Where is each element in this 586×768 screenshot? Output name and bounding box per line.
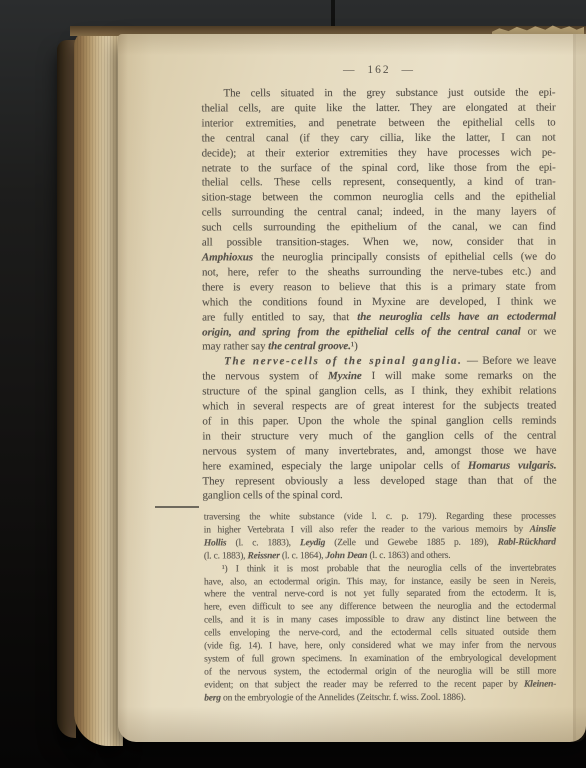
text-line: thelial cells, are quite like the latter… xyxy=(201,100,555,116)
text-line: (l. c. 1883), Reissner (l. c. 1864), Joh… xyxy=(204,549,556,563)
text-line: the central canal (if they cary cillia, … xyxy=(202,130,556,146)
text-line: structure of the spinal ganglion cells, … xyxy=(202,384,556,400)
footnote-divider xyxy=(155,506,199,508)
text-line: which in several respects are of great i… xyxy=(202,399,556,415)
background-shadow-line xyxy=(331,0,335,28)
text-line: in higher Vertebrata I vill also refer t… xyxy=(204,523,556,537)
text-line: nervous system of many invertebrates, an… xyxy=(202,443,556,459)
text-line: traversing the white substance (vide l. … xyxy=(204,511,556,525)
text-line: here examined, especialy the large unipo… xyxy=(202,458,556,474)
text-line: evident; on that subject the reader may … xyxy=(204,678,556,692)
text-line: cells surrounding the central canal; ind… xyxy=(202,205,556,221)
text-line: are fully entitled to say, that the neur… xyxy=(202,309,556,325)
page-right-shade xyxy=(576,34,586,742)
text-line: in their structure very much of the gang… xyxy=(202,428,556,444)
text-line: They represent obviously a less develope… xyxy=(202,473,556,489)
page-number: — 162 — xyxy=(202,64,556,76)
text-line: Amphioxus the neuroglia principally cons… xyxy=(202,250,556,266)
text-line: of in this paper. Upon the whole the spi… xyxy=(202,413,556,429)
text-line: sition-stage between the common neurogli… xyxy=(202,190,556,206)
text-line: have, also, an ectodermal origin. This m… xyxy=(204,575,556,589)
text-line: The nerve-cells of the spinal ganglia. —… xyxy=(202,354,556,370)
text-line: thelial cells. These cells represent, co… xyxy=(202,175,556,191)
photo-background: { "theme":{ "background_color":"#141413"… xyxy=(0,0,586,768)
text-line: of the nervous system, the ectodermal or… xyxy=(204,665,556,679)
text-line: ¹) I think it is most probable that the … xyxy=(204,562,556,576)
text-line: netrate to the surface of the spinal cor… xyxy=(202,160,556,176)
text-line: system of full grown specimens. In exami… xyxy=(204,653,556,667)
body-text: The cells situated in the grey substance… xyxy=(201,86,556,504)
text-line: cells, and it is in many cases impossibl… xyxy=(204,614,556,628)
text-line: ganglion cells of the spinal cord. xyxy=(203,488,557,504)
text-line: interior extremities, and penetrate betw… xyxy=(202,115,556,131)
text-line: there is every reason to believe that th… xyxy=(202,279,556,295)
text-line: cells enveloping the nerve-cord, and the… xyxy=(204,627,556,641)
text-line: where the ventral nerve-cord is not yet … xyxy=(204,588,556,602)
text-line: decide); at their exterior extremities t… xyxy=(202,145,556,161)
page-right-crease xyxy=(573,34,576,742)
text-line: all possible transition-stages. When we,… xyxy=(202,235,556,251)
text-line: (vide fig. 14). I have, here, only consi… xyxy=(204,640,556,654)
text-line: such cells surrounding the epithelium of… xyxy=(202,220,556,236)
text-line: may rather say the central groove.¹) xyxy=(202,339,556,355)
text-line: The cells situated in the grey substance… xyxy=(201,86,555,102)
text-line: berg on the embryologie of the Annelides… xyxy=(204,691,556,705)
footnotes: traversing the white substance (vide l. … xyxy=(204,511,557,706)
text-line: here, even difficult to see any differen… xyxy=(204,601,556,615)
text-line: which the conditions found in Myxine are… xyxy=(202,294,556,310)
text-line: origin, and spring from the epithelial c… xyxy=(202,324,556,340)
text-line: the nervous system of Myxine I will make… xyxy=(202,369,556,385)
text-line: not, here, refer to the sheaths surround… xyxy=(202,264,556,280)
text-line: Hollis (l. c. 1883), Leydig (Zelle und G… xyxy=(204,536,556,550)
page-edge-stack xyxy=(74,30,123,746)
